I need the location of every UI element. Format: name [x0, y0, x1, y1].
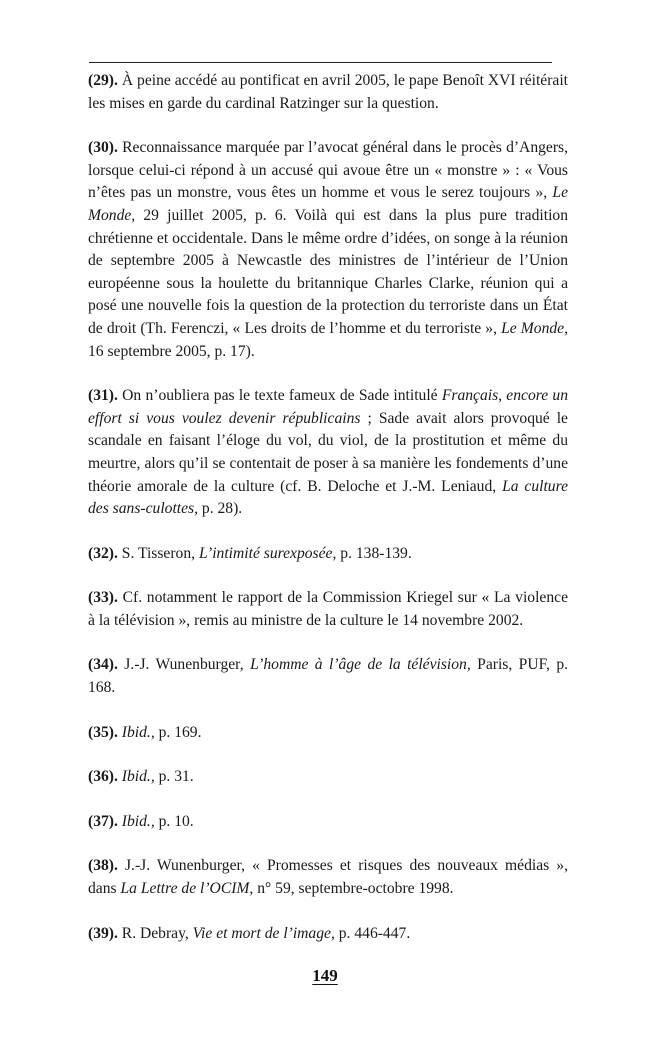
- footnote: (31). On n’oubliera pas le texte fameux …: [88, 385, 568, 521]
- footnote-text: 16 septembre 2005, p. 17).: [88, 343, 255, 360]
- footnote-number: (34).: [88, 656, 118, 673]
- footnote-title-italic: Ibid.,: [122, 768, 155, 785]
- footnote-text: p. 10.: [155, 813, 194, 830]
- footnote: (38). J.-J. Wunenburger, « Promesses et …: [88, 855, 568, 900]
- footnote-text: Cf. notamment le rapport de la Commissio…: [88, 589, 568, 629]
- footnote-text: Reconnaissance marquée par l’avocat géné…: [88, 139, 568, 201]
- footnote-number: (35).: [88, 724, 118, 741]
- footnote: (32). S. Tisseron, L’intimité surexposée…: [88, 543, 568, 566]
- footnote-title-italic: Ibid.,: [122, 724, 155, 741]
- footnote-title-italic: Vie et mort de l’image,: [193, 925, 335, 942]
- footnote-text: R. Debray,: [118, 925, 193, 942]
- footnote-number: (38).: [88, 857, 118, 874]
- page-number: 149: [0, 966, 650, 986]
- footnote: (33). Cf. notamment le rapport de la Com…: [88, 587, 568, 632]
- footnote-title-italic: L’intimité surexposée,: [199, 545, 336, 562]
- footnote-title-italic: Le Monde,: [501, 320, 568, 337]
- footnote: (37). Ibid., p. 10.: [88, 811, 568, 834]
- footnote-title-italic: Ibid.,: [122, 813, 155, 830]
- footnote-text: J.-J. Wunenburger,: [118, 656, 250, 673]
- footnote: (34). J.-J. Wunenburger, L’homme à l’âge…: [88, 654, 568, 699]
- footnote-number: (32).: [88, 545, 118, 562]
- footnote-text: n° 59, septembre-octobre 1998.: [253, 880, 453, 897]
- footnote-text: S. Tisseron,: [118, 545, 199, 562]
- footnote-title-italic: La Lettre de l’OCIM,: [120, 880, 253, 897]
- footnote-text: À peine accédé au pontificat en avril 20…: [88, 72, 568, 112]
- footnote: (39). R. Debray, Vie et mort de l’image,…: [88, 923, 568, 946]
- footnote-text: 29 juillet 2005, p. 6. Voilà qui est dan…: [88, 207, 568, 337]
- footnote-text: p. 28).: [198, 500, 242, 517]
- footnote-title-italic: L’homme à l’âge de la télévision,: [250, 656, 471, 673]
- footnotes-list: (29). À peine accédé au pontificat en av…: [88, 70, 568, 967]
- footnote-number: (39).: [88, 925, 118, 942]
- footnote-number: (30).: [88, 139, 118, 156]
- footnote-number: (31).: [88, 387, 118, 404]
- footnote-text: p. 31.: [155, 768, 194, 785]
- footnote-separator-rule: [89, 62, 552, 63]
- footnote: (30). Reconnaissance marquée par l’avoca…: [88, 137, 568, 363]
- footnote-text: p. 169.: [155, 724, 202, 741]
- footnote: (29). À peine accédé au pontificat en av…: [88, 70, 568, 115]
- footnote: (36). Ibid., p. 31.: [88, 766, 568, 789]
- footnote: (35). Ibid., p. 169.: [88, 722, 568, 745]
- footnote-number: (37).: [88, 813, 118, 830]
- footnote-text: p. 138-139.: [336, 545, 411, 562]
- footnote-number: (29).: [88, 72, 118, 89]
- footnote-text: On n’oubliera pas le texte fameux de Sad…: [118, 387, 442, 404]
- footnote-text: p. 446-447.: [335, 925, 410, 942]
- footnote-number: (33).: [88, 589, 118, 606]
- footnote-number: (36).: [88, 768, 118, 785]
